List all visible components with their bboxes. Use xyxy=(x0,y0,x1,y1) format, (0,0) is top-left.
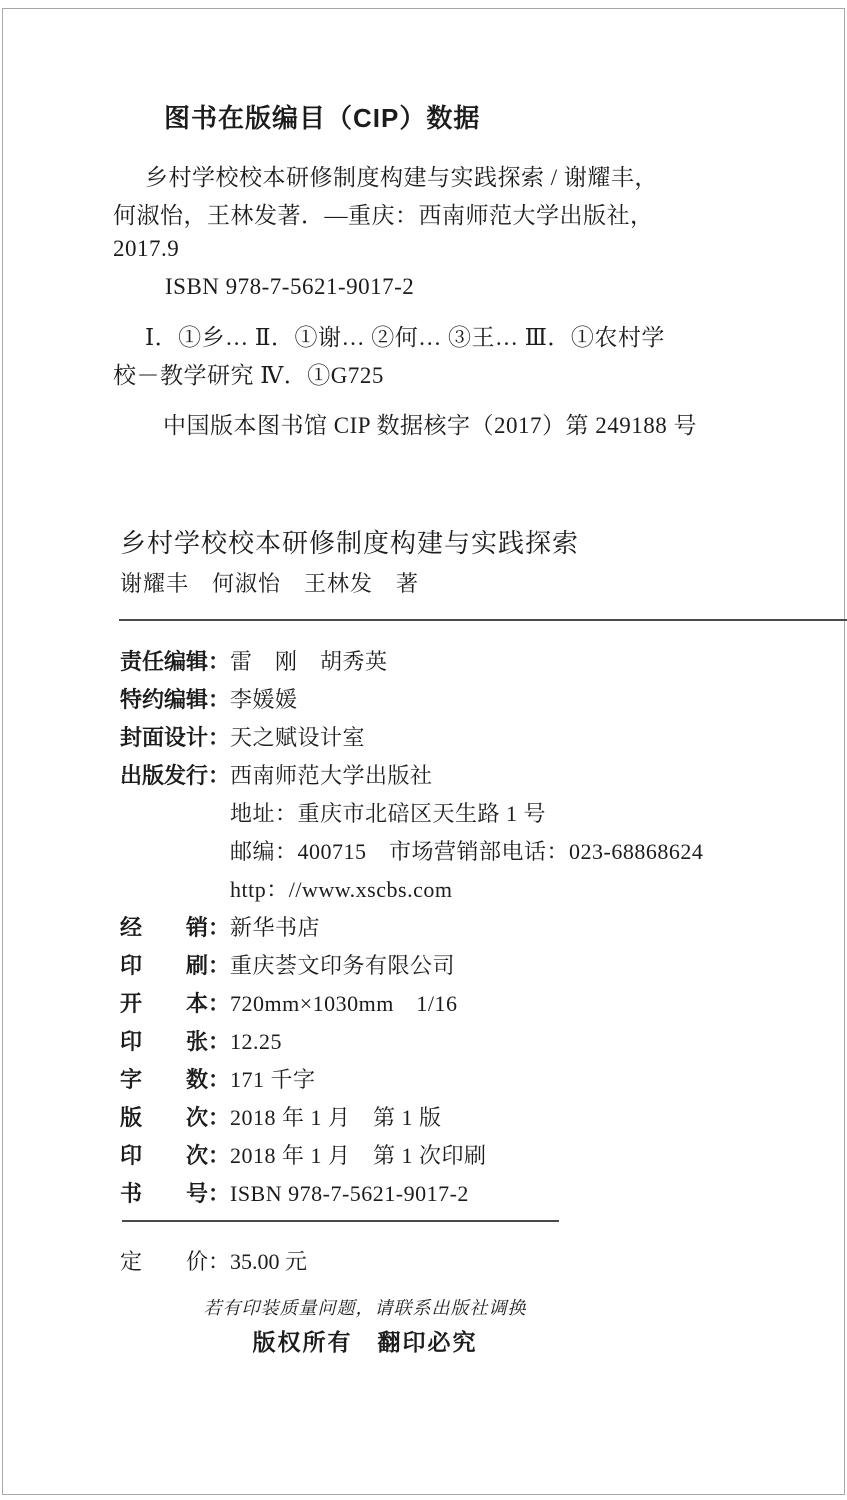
row-label: 书 号： xyxy=(120,1175,230,1213)
colophon-list: 责任编辑：雷 刚 胡秀英 特约编辑：李媛媛 封面设计：天之赋设计室 出版发行：西… xyxy=(120,643,703,1213)
row-label: 字 数： xyxy=(120,1061,230,1099)
colophon-row-website: http：//www.xscbs.com xyxy=(120,871,703,909)
row-value: 李媛媛 xyxy=(230,687,298,712)
colophon-row-special-editor: 特约编辑：李媛媛 xyxy=(120,681,703,719)
colophon-row-cover-design: 封面设计：天之赋设计室 xyxy=(120,719,703,757)
colophon-row-distributor: 经 销：新华书店 xyxy=(120,909,703,947)
title-divider-rule xyxy=(119,619,847,621)
colophon-row-edition: 版 次：2018 年 1 月 第 1 版 xyxy=(120,1099,703,1137)
row-label: 定 价： xyxy=(120,1249,230,1274)
row-label: 版 次： xyxy=(120,1099,230,1137)
cip-classification-line-2: 校－教学研究 Ⅳ．①G725 xyxy=(113,357,384,390)
row-value: 天之赋设计室 xyxy=(230,725,365,750)
copyright-statement: 版权所有 翻印必究 xyxy=(120,1324,610,1357)
scanned-copyright-page: 图书在版编目（CIP）数据 乡村学校校本研修制度构建与实践探索 / 谢耀丰， 何… xyxy=(0,0,847,1500)
row-label: 出版发行： xyxy=(120,757,230,795)
row-value: 新华书店 xyxy=(230,915,320,940)
colophon-row-publisher: 出版发行：西南师范大学出版社 xyxy=(120,757,703,795)
cip-record-number: 中国版本图书馆 CIP 数据核字（2017）第 249188 号 xyxy=(163,407,697,440)
row-label: 特约编辑： xyxy=(120,681,230,719)
row-value: 171 千字 xyxy=(230,1067,316,1092)
colophon-row-impression: 印 次：2018 年 1 月 第 1 次印刷 xyxy=(120,1137,703,1175)
cip-isbn: ISBN 978-7-5621-9017-2 xyxy=(165,274,414,300)
colophon-row-sheets: 印 张：12.25 xyxy=(120,1023,703,1061)
row-value: 720mm×1030mm 1/16 xyxy=(230,991,457,1016)
row-value: 西南师范大学出版社 xyxy=(230,763,433,788)
colophon-row-word-count: 字 数：171 千字 xyxy=(120,1061,703,1099)
row-value: 重庆荟文印务有限公司 xyxy=(230,953,455,978)
row-value: 雷 刚 胡秀英 xyxy=(230,649,388,674)
cip-entry-line-1: 乡村学校校本研修制度构建与实践探索 / 谢耀丰， xyxy=(145,159,658,192)
row-label: 经 销： xyxy=(120,909,230,947)
row-value: 35.00 元 xyxy=(230,1249,307,1274)
row-label: 封面设计： xyxy=(120,719,230,757)
row-value: 地址：重庆市北碚区天生路 1 号 xyxy=(230,801,546,826)
colophon-row-price: 定 价：35.00 元 xyxy=(120,1243,307,1281)
book-authors: 谢耀丰 何淑怡 王林发 著 xyxy=(120,567,419,598)
book-title: 乡村学校校本研修制度构建与实践探索 xyxy=(120,523,579,560)
price-divider-rule xyxy=(122,1220,559,1222)
row-label: 印 张： xyxy=(120,1023,230,1061)
colophon-row-format: 开 本：720mm×1030mm 1/16 xyxy=(120,985,703,1023)
cip-entry-line-2: 何淑怡，王林发著．—重庆：西南师范大学出版社， xyxy=(113,197,654,230)
cip-classification-line-1: Ⅰ．①乡… Ⅱ．①谢… ②何… ③王… Ⅲ．①农村学 xyxy=(145,319,665,352)
row-value: 2018 年 1 月 第 1 次印刷 xyxy=(230,1143,487,1168)
row-value: 邮编：400715 市场营销部电话：023-68868624 xyxy=(230,839,703,864)
colophon-row-printer: 印 刷：重庆荟文印务有限公司 xyxy=(120,947,703,985)
colophon-row-address: 地址：重庆市北碚区天生路 1 号 xyxy=(120,795,703,833)
colophon-row-editor: 责任编辑：雷 刚 胡秀英 xyxy=(120,643,703,681)
colophon-row-book-number: 书 号：ISBN 978-7-5621-9017-2 xyxy=(120,1175,703,1213)
quality-notice: 若有印装质量问题，请联系出版社调换 xyxy=(120,1294,610,1320)
row-value: ISBN 978-7-5621-9017-2 xyxy=(230,1181,469,1206)
cip-heading: 图书在版编目（CIP）数据 xyxy=(164,98,480,135)
row-label: 印 次： xyxy=(120,1137,230,1175)
row-value: http：//www.xscbs.com xyxy=(230,877,452,902)
row-label: 印 刷： xyxy=(120,947,230,985)
row-label: 开 本： xyxy=(120,985,230,1023)
row-value: 12.25 xyxy=(230,1029,282,1054)
colophon-row-postcode-phone: 邮编：400715 市场营销部电话：023-68868624 xyxy=(120,833,703,871)
cip-entry-line-3: 2017.9 xyxy=(113,236,179,262)
row-label: 责任编辑： xyxy=(120,643,230,681)
row-value: 2018 年 1 月 第 1 版 xyxy=(230,1105,442,1130)
